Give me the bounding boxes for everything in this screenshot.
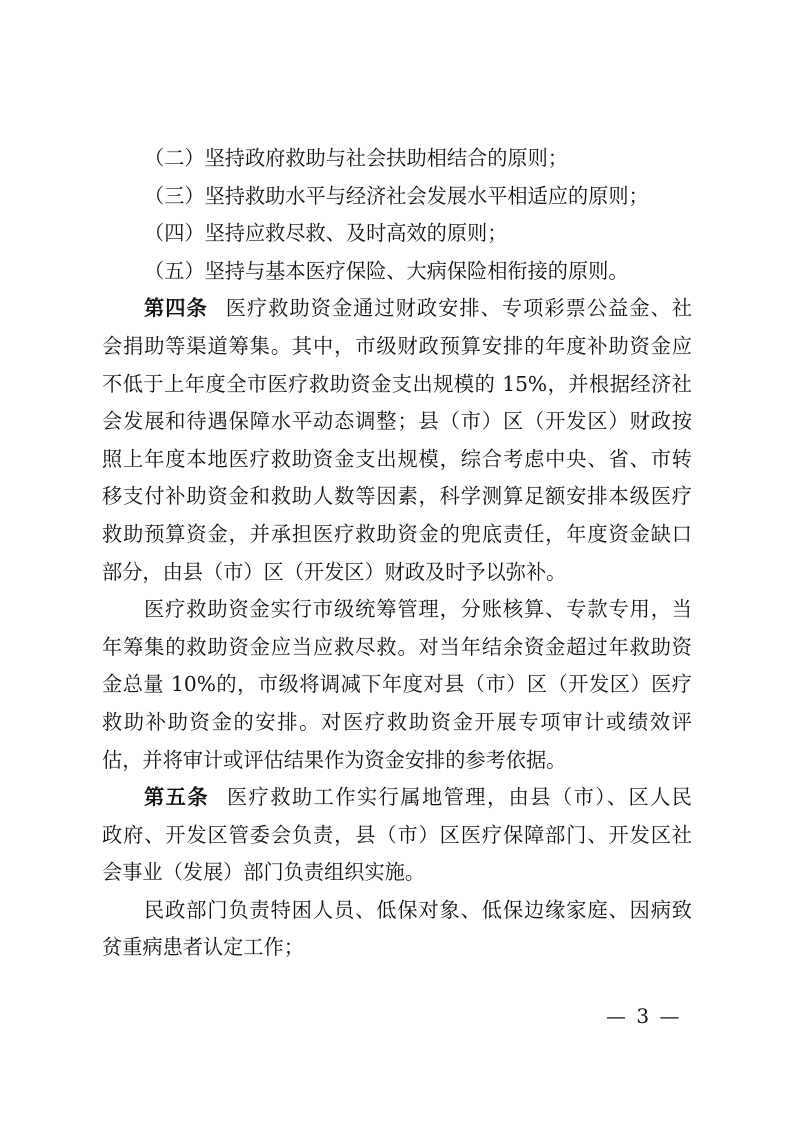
paragraph-line: 救助补助资金的安排。对医疗救助资金开展专项审计或绩效评: [102, 704, 692, 742]
document-page: （二）坚持政府救助与社会扶助相结合的原则； （三）坚持救助水平与经济社会发展水平…: [102, 140, 692, 967]
article-text: 医疗救助工作实行属地管理，由县（市）、区人民: [227, 785, 692, 809]
paragraph-line: 医疗救助资金实行市级统筹管理，分账核算、专款专用，当: [102, 591, 692, 629]
paragraph-line: 会事业（发展）部门负责组织实施。: [102, 854, 692, 892]
paragraph-line: 会捐助等渠道筹集。其中，市级财政预算安排的年度补助资金应: [102, 328, 692, 366]
paragraph-line: 估，并将审计或评估结果作为资金安排的参考依据。: [102, 742, 692, 780]
paragraph-line: 年筹集的救助资金应当应救尽救。对当年结余资金超过年救助资: [102, 629, 692, 667]
page-number: — 3 —: [606, 1004, 681, 1028]
paragraph-line: 民政部门负责特困人员、低保对象、低保边缘家庭、因病致: [102, 892, 692, 930]
principle-line: （二）坚持政府救助与社会扶助相结合的原则；: [102, 140, 692, 178]
principle-line: （五）坚持与基本医疗保险、大病保险相衔接的原则。: [102, 253, 692, 291]
article-number: 第四条: [144, 296, 208, 320]
article-text: 医疗救助资金通过财政安排、专项彩票公益金、社: [226, 296, 692, 320]
paragraph-line: 部分，由县（市）区（开发区）财政及时予以弥补。: [102, 554, 692, 592]
principle-line: （四）坚持应救尽救、及时高效的原则；: [102, 215, 692, 253]
paragraph-line: 政府、开发区管委会负责，县（市）区医疗保障部门、开发区社: [102, 817, 692, 855]
paragraph-line: 照上年度本地医疗救助资金支出规模，综合考虑中央、省、市转: [102, 441, 692, 479]
paragraph-line: 贫重病患者认定工作；: [102, 929, 692, 967]
paragraph-line: 金总量 10%的，市级将调减下年度对县（市）区（开发区）医疗: [102, 666, 692, 704]
principle-line: （三）坚持救助水平与经济社会发展水平相适应的原则；: [102, 178, 692, 216]
article-5-first-line: 第五条医疗救助工作实行属地管理，由县（市）、区人民: [102, 779, 692, 817]
paragraph-line: 救助预算资金，并承担医疗救助资金的兜底责任，年度资金缺口: [102, 516, 692, 554]
paragraph-line: 会发展和待遇保障水平动态调整；县（市）区（开发区）财政按: [102, 403, 692, 441]
article-number: 第五条: [144, 785, 209, 809]
paragraph-line: 移支付补助资金和救助人数等因素，科学测算足额安排本级医疗: [102, 478, 692, 516]
article-4-first-line: 第四条医疗救助资金通过财政安排、专项彩票公益金、社: [102, 290, 692, 328]
paragraph-line: 不低于上年度全市医疗救助资金支出规模的 15%，并根据经济社: [102, 366, 692, 404]
